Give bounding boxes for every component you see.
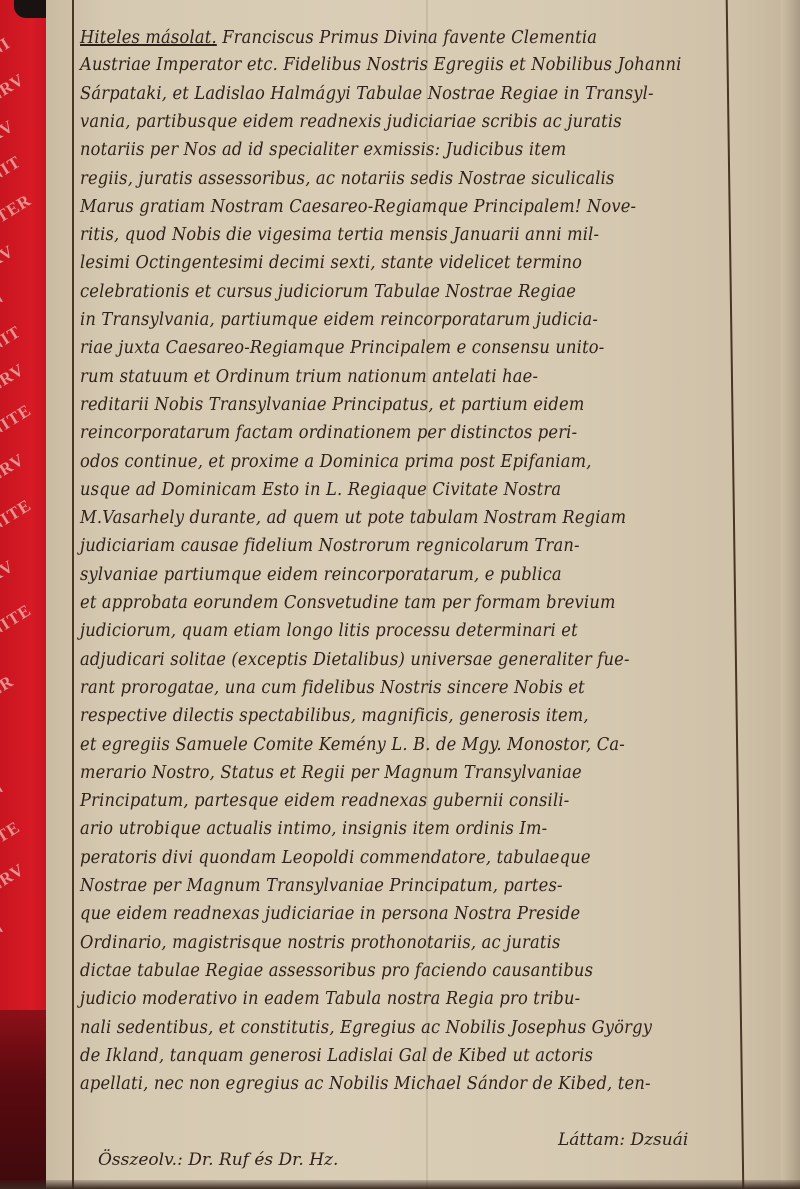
- cover-watermark-text: NITE: [0, 817, 24, 858]
- text-line: Marus gratiam Nostram Caesareo-Regiamque…: [80, 197, 636, 217]
- text-line: merario Nostro, Status et Regii per Magn…: [80, 763, 582, 783]
- text-line: ritis, quod Nobis die vigesima tertia me…: [80, 225, 599, 245]
- text-line: regiis, juratis assessoribus, ac notarii…: [80, 169, 615, 189]
- text-line: M.Vasarhely durante, ad quem ut pote tab…: [80, 508, 626, 528]
- cover-watermark-text: UNITE: [0, 495, 35, 543]
- cover-watermark-text: UN: [0, 777, 8, 808]
- seen-signature: Láttam: Dzsuái: [558, 1130, 688, 1150]
- left-margin-rule: [72, 0, 74, 1189]
- text-line: Sárpataki, et Ladislao Halmágyi Tabulae …: [80, 84, 654, 104]
- text-line: peratoris divi quondam Leopoldi commenda…: [80, 848, 591, 868]
- text-line: nali sedentibus, et constitutis, Egregiu…: [80, 1018, 652, 1038]
- cover-watermark-text: TERV: [0, 360, 28, 404]
- text-line: rant prorogatae, una cum fidelibus Nostr…: [80, 678, 585, 698]
- document-photo: UNI TERV ERV UNIT NITER ERV UN UNIT TERV…: [0, 0, 800, 1189]
- text-line: dictae tabulae Regiae assessoribus pro f…: [80, 961, 593, 981]
- cover-shadow: [0, 1010, 52, 1189]
- cover-watermark-text: UNI: [0, 33, 14, 68]
- cover-watermark-text: TER: [0, 671, 17, 708]
- cover-watermark-text: UN: [0, 287, 8, 318]
- text-line: vania, partibusque eidem readnexis judic…: [80, 112, 622, 132]
- cover-watermark-text: UNITE: [0, 600, 35, 648]
- text-line: et egregiis Samuele Comite Kemény L. B. …: [80, 735, 625, 755]
- text-line: de Ikland, tanquam generosi Ladislai Gal…: [80, 1046, 593, 1066]
- text-line: reincorporatarum factam ordinationem per…: [80, 423, 577, 443]
- text-line: reditarii Nobis Transylvaniae Principatu…: [80, 395, 584, 415]
- text-line: judicio moderativo in eadem Tabula nostr…: [80, 989, 580, 1009]
- text-line: odos continue, et proxime a Dominica pri…: [80, 452, 592, 472]
- text-line: sylvaniae partiumque eidem reincorporata…: [80, 565, 562, 585]
- text-line: que eidem readnexas judiciariae in perso…: [80, 904, 580, 924]
- cover-watermark-text: UN: [0, 917, 8, 948]
- cover-watermark-text: UNITE: [0, 400, 35, 448]
- text-line: adjudicari solitae (exceptis Dietalibus)…: [80, 650, 630, 670]
- text-line: Principatum, partesque eidem readnexas g…: [80, 791, 569, 811]
- text-line: judiciariam causae fidelium Nostrorum re…: [80, 536, 580, 556]
- text-line: in Transylvania, partiumque eidem reinco…: [80, 310, 598, 330]
- cover-watermark-text: TERV: [0, 70, 28, 114]
- cover-watermark-text: TERV: [0, 450, 28, 494]
- text-line: rum statuum et Ordinum trium nationum an…: [80, 367, 538, 387]
- text-line: ario utrobique actualis intimo, insignis…: [80, 819, 547, 839]
- cover-watermark-text: UNIT: [0, 322, 25, 364]
- text-line: celebrationis et cursus judiciorum Tabul…: [80, 282, 576, 302]
- bottom-shadow: [0, 1180, 800, 1189]
- cover-watermark-text: UNIT: [0, 152, 25, 194]
- text-line: Ordinario, magistrisque nostris prothono…: [80, 933, 561, 953]
- text-line: lesimi Octingentesimi decimi sexti, stan…: [80, 253, 582, 273]
- text-line-content: Franciscus Primus Divina favente Clement…: [222, 28, 597, 48]
- cover-watermark-text: TERV: [0, 860, 28, 904]
- text-line: Austriae Imperator etc. Fidelibus Nostri…: [80, 55, 682, 75]
- red-cover-strip: UNI TERV ERV UNIT NITER ERV UN UNIT TERV…: [0, 0, 52, 1189]
- cover-watermark-text: ERV: [0, 556, 18, 593]
- text-line: Hiteles másolat. Franciscus Primus Divin…: [80, 28, 597, 48]
- document-title: Hiteles másolat.: [80, 28, 217, 48]
- text-line: respective dilectis spectabilibus, magni…: [80, 706, 589, 726]
- text-line: notariis per Nos ad id specialiter exmis…: [80, 140, 566, 160]
- text-line: riae juxta Caesareo-Regiamque Principale…: [80, 338, 604, 358]
- cover-watermark-text: ERV: [0, 116, 18, 153]
- collation-note: Összeolv.: Dr. Ruf és Dr. Hz.: [98, 1150, 338, 1170]
- page-edge: [781, 0, 800, 1189]
- cover-watermark-text: NITER: [0, 190, 35, 238]
- text-line: judiciorum, quam etiam longo litis proce…: [80, 621, 578, 641]
- text-line: usque ad Dominicam Esto in L. Regiaque C…: [80, 480, 561, 500]
- right-margin-rule: [726, 0, 744, 1189]
- cover-watermark-text: ERV: [0, 241, 18, 278]
- text-line: Nostrae per Magnum Transylvaniae Princip…: [80, 876, 563, 896]
- text-line: apellati, nec non egregius ac Nobilis Mi…: [80, 1074, 651, 1094]
- text-line: et approbata eorundem Consvetudine tam p…: [80, 593, 616, 613]
